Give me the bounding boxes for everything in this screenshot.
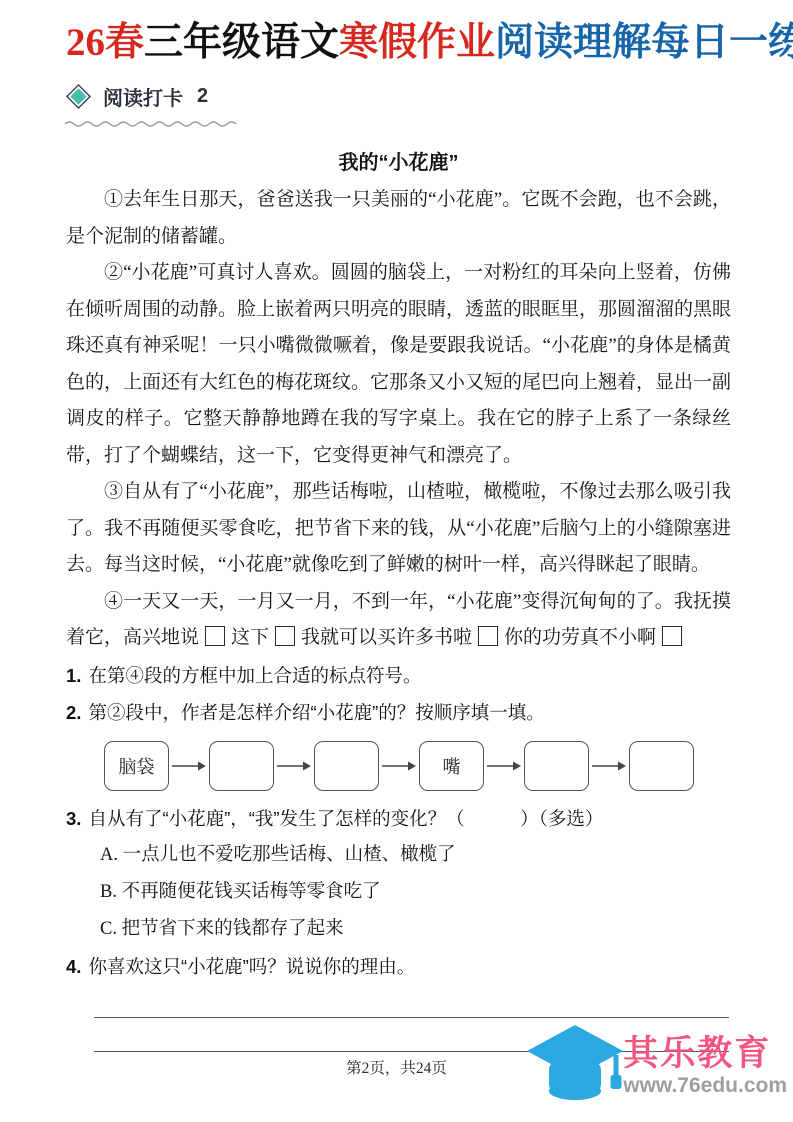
title-part-edition: 26春 [66,21,144,64]
question-4: 4. 你喜欢这只“小花鹿”吗？说说你的理由。 [66,948,731,985]
question-3-number: 3. [66,800,81,837]
flowchart-box-5 [524,741,589,791]
punctuation-box [205,626,225,646]
article-title: 我的“小花鹿” [66,146,731,175]
paragraph-4-segment: 我就可以买许多书啦 [301,627,472,648]
graduation-cap-icon [517,1021,629,1112]
question-2-text: 第②段中，作者是怎样介绍“小花鹿”的？按顺序填一填。 [88,694,544,731]
question-3-text: 自从有了“小花鹿”，“我”发生了怎样的变化？（ ）（多选） [88,800,603,837]
arrow-right-icon [171,760,207,772]
question-3-option-a: A. 一点儿也不爱吃那些话梅、山楂、橄榄了 [66,837,731,874]
question-2-number: 2. [66,694,81,731]
question-3-option-b: B. 不再随便花钱买话梅等零食吃了 [66,874,731,911]
question-3-option-c: C. 把节省下来的钱都存了起来 [66,911,731,948]
wavy-underline [64,114,240,132]
arrow-right-icon [486,760,522,772]
diamond-icon [66,84,91,109]
flowchart-box-4: 嘴 [419,741,484,791]
punctuation-box [478,626,498,646]
arrow-right-icon [591,760,627,772]
sequence-flowchart: 脑袋 嘴 [104,741,731,791]
title-part-grade-subject: 三年级语文 [144,21,339,64]
arrow-right-icon [276,760,312,772]
publisher-logo: 其乐教育 www.76edu.com [517,1021,787,1112]
flowchart-box-1: 脑袋 [104,741,169,791]
punctuation-box [275,626,295,646]
paragraph-4-segment: 这下 [231,627,269,648]
title-part-homework: 寒假作业 [339,21,495,64]
article-paragraph-4: ④一天又一天，一月又一月，不到一年，“小花鹿”变得沉甸甸的了。我抚摸着它，高兴地… [66,584,731,657]
article-paragraph-3: ③自从有了“小花鹿”，那些话梅啦，山楂啦，橄榄啦，不像过去那么吸引我了。我不再随… [66,474,731,584]
article-body: ①去年生日那天，爸爸送我一只美丽的“小花鹿”。它既不会跑，也不会跳，是个泥制的储… [66,182,731,657]
answer-writing-line [94,1017,729,1018]
question-1-number: 1. [66,657,81,694]
question-4-number: 4. [66,948,81,985]
article-paragraph-2: ②“小花鹿”可真讨人喜欢。圆圆的脑袋上，一对粉红的耳朵向上竖着，仿佛在倾听周围的… [66,255,731,474]
flowchart-box-3 [314,741,379,791]
flowchart-box-6 [629,741,694,791]
reading-checkin-badge: 阅读打卡 2 [66,82,240,132]
logo-brand-name: 其乐教育 [623,1036,771,1073]
paragraph-4-segment: 你的功劳真不小啊 [504,627,656,648]
worksheet-page: 26春三年级语文寒假作业阅读理解每日一练 阅读打卡 2 我的“小花鹿” [0,0,793,1122]
logo-website-url: www.76edu.com [623,1074,787,1097]
badge-label: 阅读打卡 [103,82,183,111]
question-4-text: 你喜欢这只“小花鹿”吗？说说你的理由。 [88,948,415,985]
arrow-right-icon [381,760,417,772]
question-1: 1. 在第④段的方框中加上合适的标点符号。 [66,657,731,694]
page-title: 26春三年级语文寒假作业阅读理解每日一练 [66,20,731,66]
question-2: 2. 第②段中，作者是怎样介绍“小花鹿”的？按顺序填一填。 [66,694,731,731]
flowchart-box-2 [209,741,274,791]
punctuation-box [662,626,682,646]
question-1-text: 在第④段的方框中加上合适的标点符号。 [88,657,421,694]
question-3: 3. 自从有了“小花鹿”，“我”发生了怎样的变化？（ ）（多选） [66,800,731,837]
badge-number: 2 [197,85,208,108]
article-paragraph-1: ①去年生日那天，爸爸送我一只美丽的“小花鹿”。它既不会跑，也不会跳，是个泥制的储… [66,182,731,255]
title-part-practice: 阅读理解每日一练 [495,21,793,64]
